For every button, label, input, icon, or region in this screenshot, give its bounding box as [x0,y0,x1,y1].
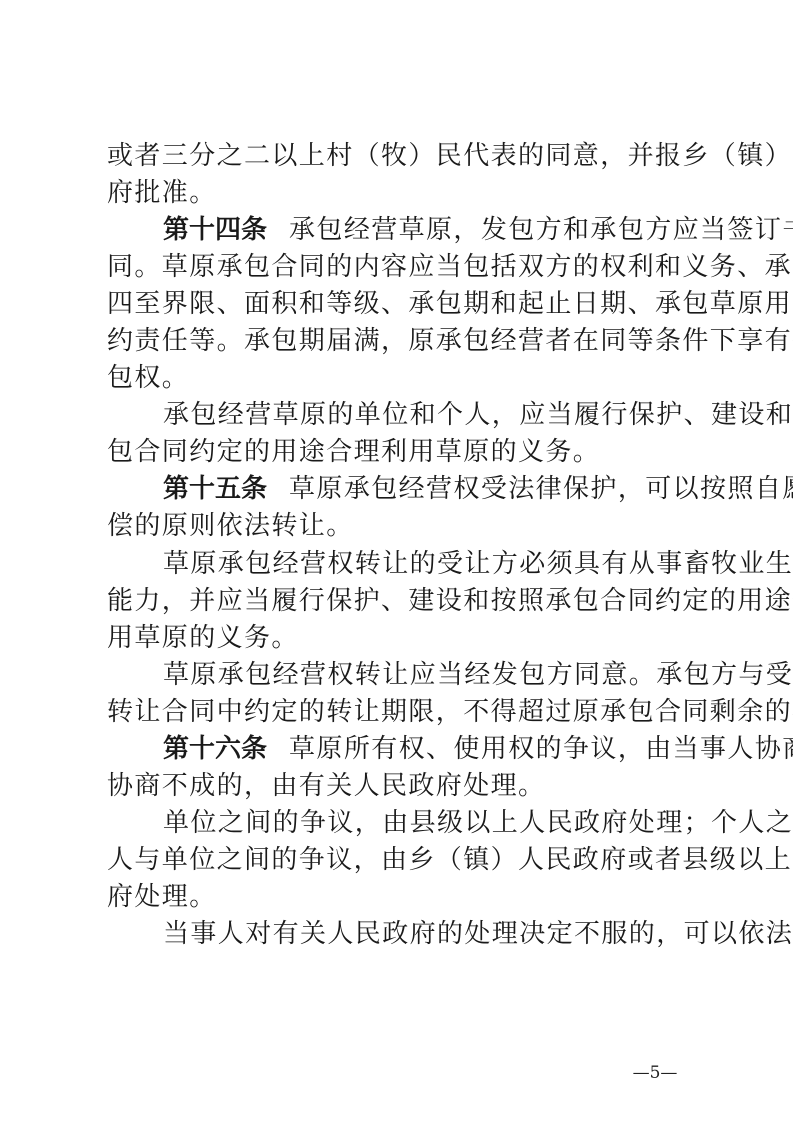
text-line: 草原承包经营权转让应当经发包方同意。承包方与受让方在 [107,657,697,694]
text-line: 单位之间的争议，由县级以上人民政府处理；个人之间、个 [107,805,697,842]
article-14-heading-line: 第十四条承包经营草原，发包方和承包方应当签订书面合 [107,212,697,249]
text-line: 草原承包经营权受法律保护，可以按照自愿、有 [289,474,793,504]
text-line: 用草原的义务。 [107,620,697,657]
text-line: 草原所有权、使用权的争议，由当事人协商解决； [289,734,793,764]
article-15-heading-line: 第十五条草原承包经营权受法律保护，可以按照自愿、有 [107,471,697,508]
text-line: 同。草原承包合同的内容应当包括双方的权利和义务、承包草原 [107,249,697,286]
text-line: 协商不成的，由有关人民政府处理。 [107,768,697,805]
text-line: 包合同约定的用途合理利用草原的义务。 [107,434,697,471]
article-number: 第十五条 [163,474,267,504]
text-line: 偿的原则依法转让。 [107,508,697,545]
text-line: 草原承包经营权转让的受让方必须具有从事畜牧业生产的 [107,546,697,583]
text-line: 承包经营草原，发包方和承包方应当签订书面合 [289,215,793,245]
article-number: 第十四条 [163,215,267,245]
text-line: 承包经营草原的单位和个人，应当履行保护、建设和按照承 [107,397,697,434]
text-line: 或者三分之二以上村（牧）民代表的同意，并报乡（镇）人民政 [107,138,697,175]
page-number: —5— [632,1063,678,1083]
text-line: 府批准。 [107,175,697,212]
text-line: 人与单位之间的争议，由乡（镇）人民政府或者县级以上人民政 [107,842,697,879]
text-line: 约责任等。承包期届满，原承包经营者在同等条件下享有优先承 [107,323,697,360]
article-16-heading-line: 第十六条草原所有权、使用权的争议，由当事人协商解决； [107,731,697,768]
text-line: 包权。 [107,360,697,397]
text-line: 当事人对有关人民政府的处理决定不服的，可以依法向人民 [107,916,697,953]
text-line: 四至界限、面积和等级、承包期和起止日期、承包草原用途和违 [107,286,697,323]
document-page: 或者三分之二以上村（牧）民代表的同意，并报乡（镇）人民政 府批准。 第十四条承包… [107,138,697,953]
article-number: 第十六条 [163,734,267,764]
text-line: 府处理。 [107,879,697,916]
text-line: 能力，并应当履行保护、建设和按照承包合同约定的用途合理利 [107,583,697,620]
text-line: 转让合同中约定的转让期限，不得超过原承包合同剩余的期限。 [107,694,697,731]
